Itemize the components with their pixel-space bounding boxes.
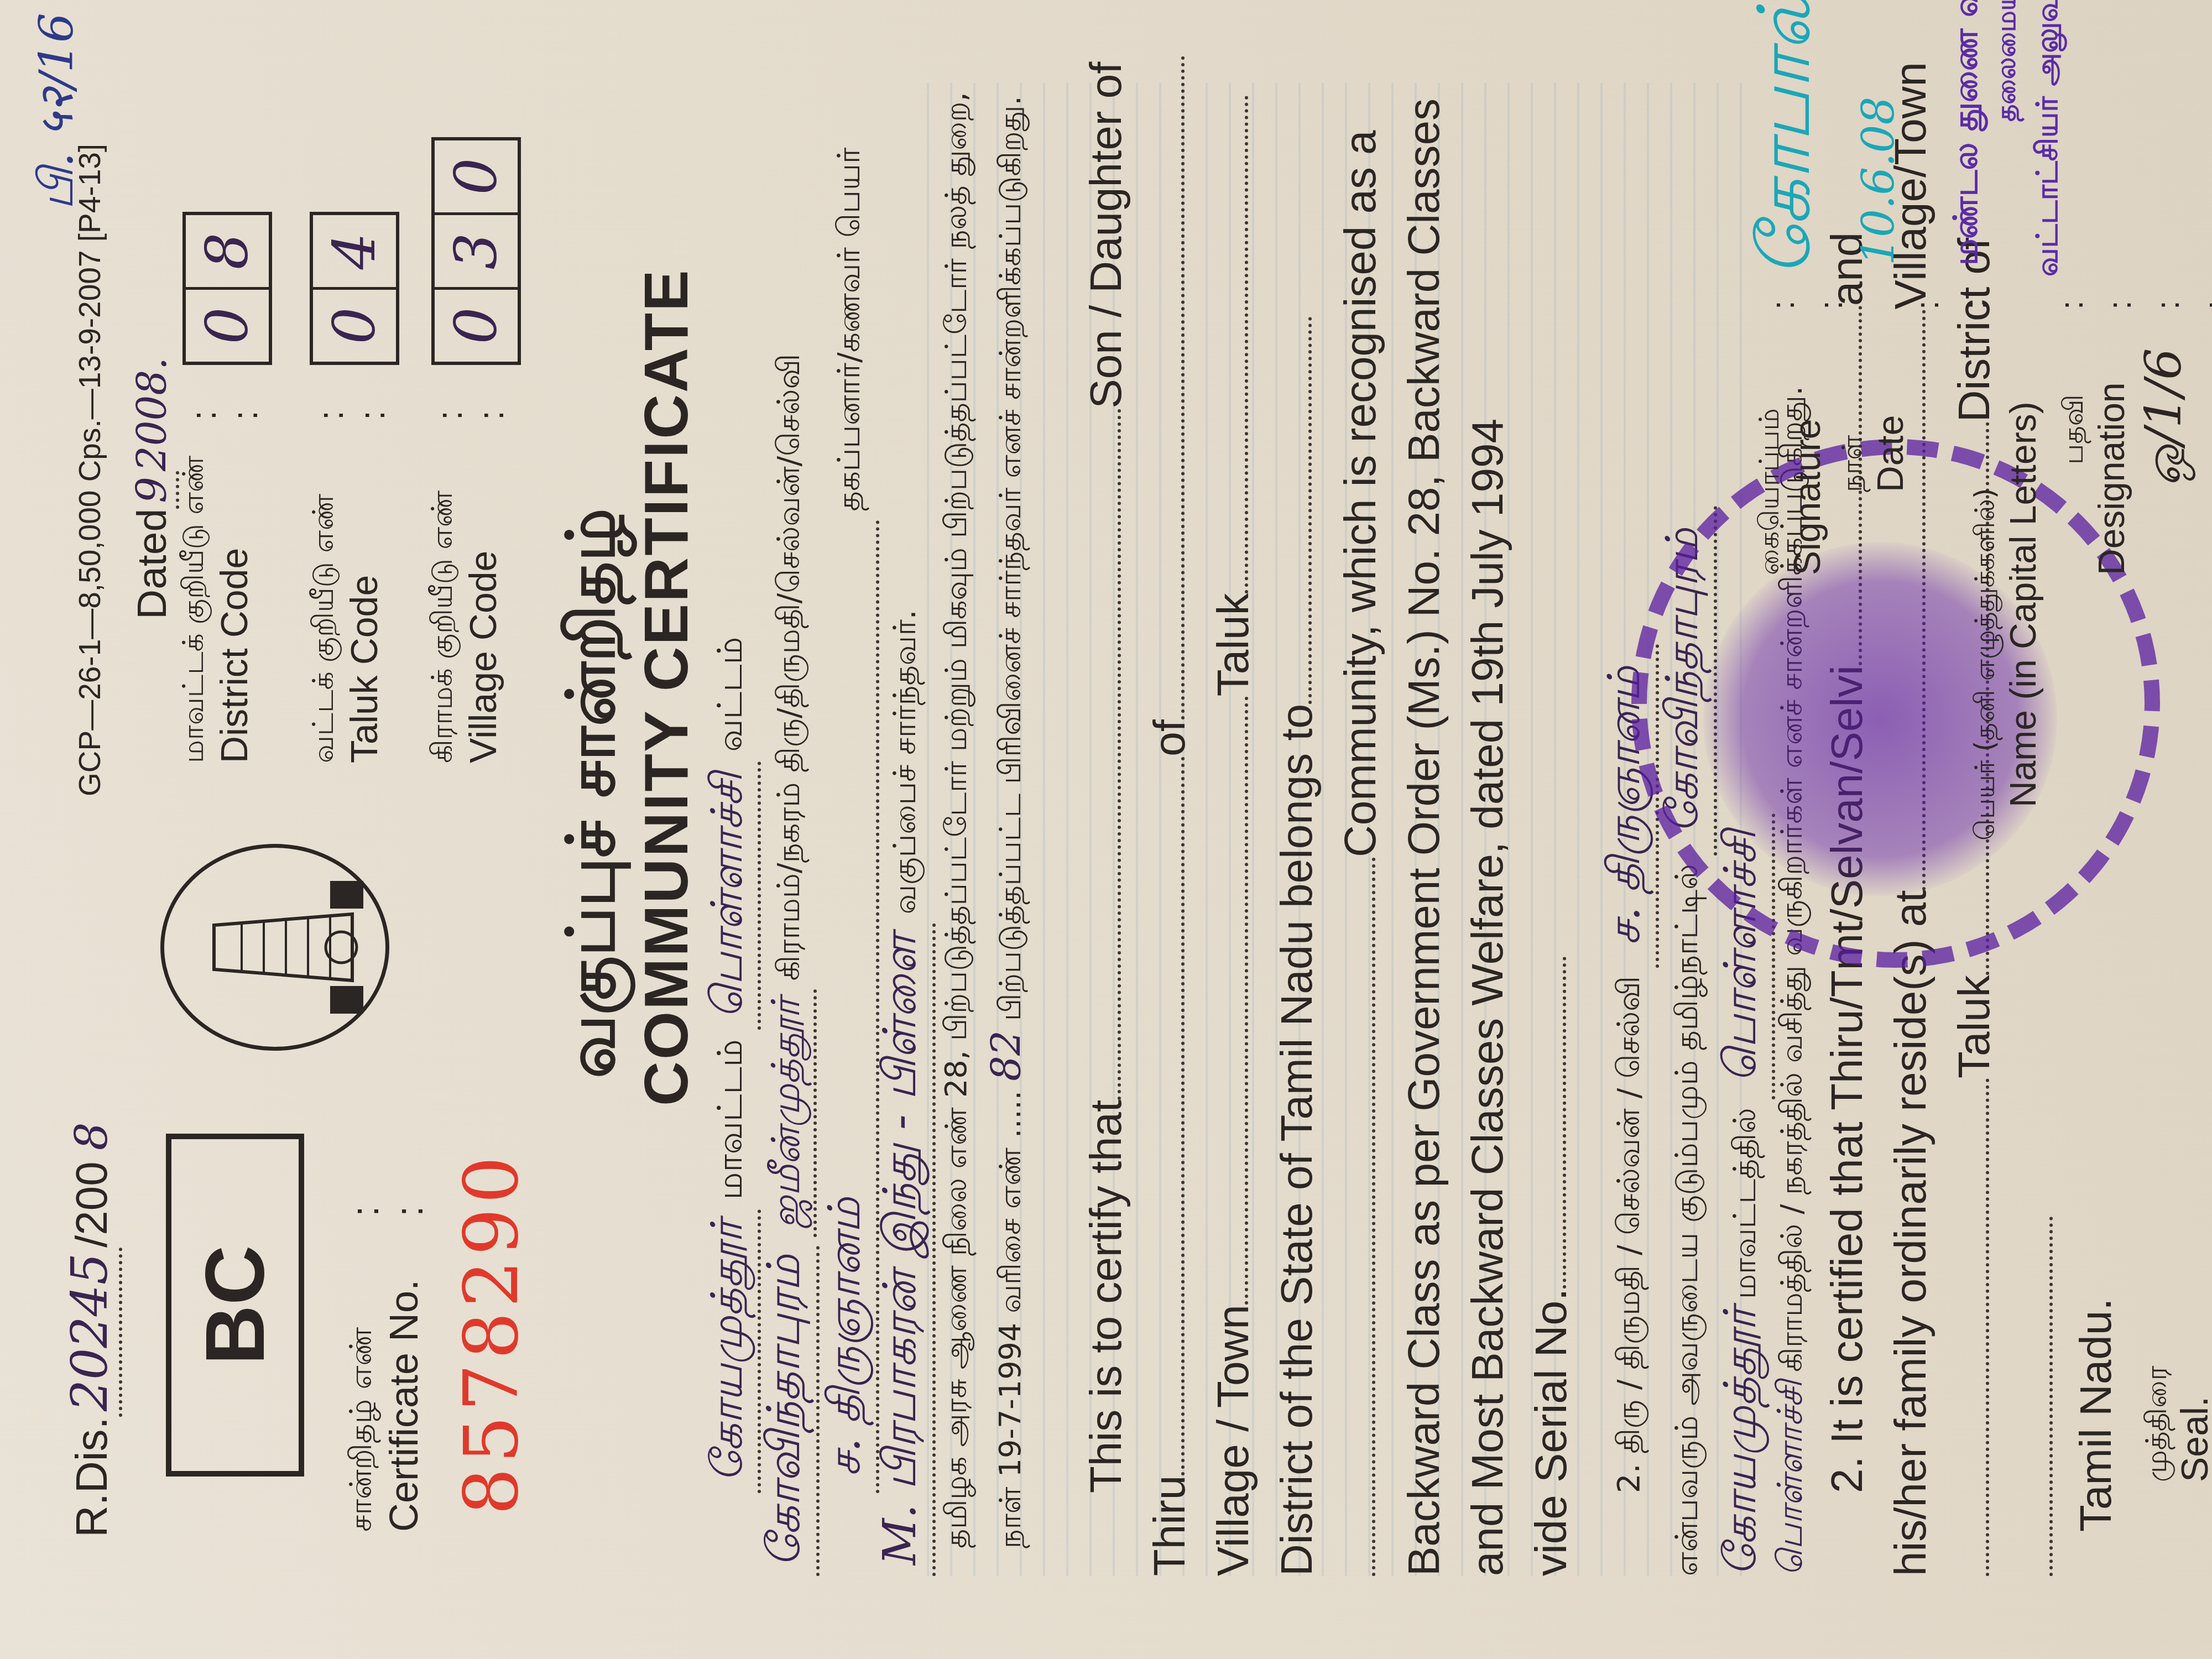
taluk-label: Taluk: [1208, 593, 1258, 697]
district-code-label: District Code: [213, 548, 256, 763]
resident-taluk-margin-hand: பொள்ளாச்சி: [1770, 1380, 1810, 1576]
holder-name-hand: ச. திருஞானம்: [818, 520, 879, 1493]
taluk-code-label: Taluk Code: [343, 575, 386, 763]
english-line-2: Thiruof: [1147, 56, 1192, 1576]
officer-signature: கோபால்: [1742, 0, 1836, 276]
district-code-box: 0 8: [182, 212, 272, 365]
seal-label: Seal.: [2173, 1396, 2212, 1482]
certification-clause-tamil: பிற்படுத்தப்பட்ட பிரிவினைச் சார்ந்தவர் எ…: [993, 96, 1027, 1021]
signature-label-tamil: கையொப்பம்: [1753, 408, 1789, 575]
english-line-7: and Most Backward Classes Welfare, dated…: [1465, 419, 1510, 1576]
district-label: மாவட்டம்: [709, 1039, 750, 1199]
corner-handwritten-note: பி. ५२/16: [22, 13, 90, 210]
resident-district-hand: கோயமுத்தூர்: [1714, 1308, 1766, 1576]
taluk-label: வட்டம்: [709, 637, 750, 752]
colon: ::: [182, 410, 265, 420]
seal-label-tamil: முத்திரை: [2140, 1366, 2177, 1482]
serial-no-hand: 82: [983, 1030, 1030, 1081]
tamil-line-4: M. பிரபாகரன் இந்து - பிள்ளை வகுப்பைச் சா…: [874, 609, 936, 1576]
taluk-code-digit: 4: [313, 215, 396, 287]
colon: ::: [429, 410, 512, 420]
name-label: Name (in Capital Letters): [2002, 401, 2044, 807]
colon: ::: [310, 410, 393, 420]
of-label: of: [1145, 719, 1194, 757]
honorific-options: கிராமம்/நகரம் திரு/திருமதி/செல்வன்/செல்வ…: [771, 354, 807, 980]
colon: ::: [343, 1206, 431, 1217]
go-reference-english: Backward Class as per Government Order (…: [1399, 98, 1448, 1576]
temple-gopuram-icon: [164, 848, 385, 1047]
dated-year: 2008.: [129, 357, 175, 471]
english-line-5: Community, which is recognised as a: [1338, 130, 1383, 1576]
date-label-tamil: நாள்: [1836, 435, 1872, 492]
signature-label: Signature: [1786, 419, 1828, 575]
village-code-digit: 3: [435, 212, 518, 287]
family-resides-tamil: என்பவரும் அவருடைய குடும்பமும் தமிழ்நாட்ட…: [1669, 864, 1705, 1576]
category-badge: BC: [166, 1134, 304, 1477]
designation-label-tamil: பதவி: [2057, 394, 2093, 465]
son-daughter-of: Son / Daughter of: [1081, 62, 1130, 409]
rdis-line: R.Dis.20245/2008: [61, 1122, 122, 1537]
rdis-number: 20245: [61, 1253, 119, 1411]
signature-date: 10.6.08: [1853, 97, 1904, 265]
tamil-line-3: ச. திருஞானம் தகப்பனார்/கணவர் பெயர்: [818, 148, 879, 1493]
village-code-label-tamil: கிராமக் குறியீடு எண்: [426, 491, 463, 763]
community-recognised-text: Community, which is recognised as a: [1335, 130, 1385, 857]
title-tamil: வகுப்புச் சான்றிதழ்: [553, 508, 639, 1078]
english-line-3: Village / TownTaluk: [1211, 96, 1255, 1576]
print-reference: GCP—26-1—8,50,000 Cps.—13-9-2007 [P4-13]: [72, 144, 107, 796]
tamil-line-1: கோயமுத்தூர் மாவட்டம் பொள்ளாச்சி வட்டம்: [702, 637, 761, 1493]
title-english: COMMUNITY CERTIFICATE: [630, 268, 702, 1106]
tamil-nadu-text: Tamil Nadu.: [2074, 1298, 2118, 1532]
rdis-year-suffix: 8: [66, 1122, 117, 1150]
village-code-label: Village Code: [462, 551, 505, 763]
certificate-number: 8578290: [448, 1152, 535, 1515]
designation-label: Designation: [2090, 382, 2132, 575]
rdis-year-prefix: /200: [67, 1161, 116, 1248]
english-line-1: This is to certify thatSon / Daughter of: [1084, 62, 1128, 1493]
taluk-code-box: 0 4: [310, 212, 399, 365]
welfare-dated-text: and Most Backward Classes Welfare, dated…: [1463, 419, 1512, 1576]
village-code-digit: 0: [435, 140, 518, 212]
initials-handwritten: ஒ/1/6: [2135, 348, 2199, 487]
district-code-label-tamil: மாவட்டக் குறியீடு எண்: [177, 456, 214, 763]
taluk-code-digit: 0: [313, 287, 396, 362]
date-label: Date: [1869, 415, 1911, 492]
village-code-digit: 0: [435, 287, 518, 362]
certificate-page: R.Dis.20245/2008 GCP—26-1—8,50,000 Cps.—…: [0, 0, 2212, 1659]
father-name-label: தகப்பனார்/கணவர் பெயர்: [831, 148, 867, 512]
taluk-label-2: Taluk: [1949, 975, 1999, 1078]
tamil-line-5: தமிழக அரசு ஆணை நிலை எண் 28, பிற்படுத்தப்…: [935, 83, 1036, 1548]
certificate-no-label: Certificate No.: [382, 1280, 427, 1532]
father-name-community-hand: M. பிரபாகரன் இந்து - பிள்ளை: [874, 923, 936, 1576]
dated-label: Dated: [128, 509, 175, 619]
honorific-options-2: 2. திரு / திருமதி / செல்வன் / செல்வி: [1611, 976, 1647, 1493]
tamil-nadu-emblem: [160, 844, 389, 1051]
community-suffix: வகுப்பைச் சார்ந்தவர்.: [887, 609, 923, 914]
field-colons: ::::::::: [1759, 300, 2212, 310]
serial-no-label: vide Serial No.: [1526, 1288, 1575, 1576]
dated-day: 9: [127, 477, 176, 503]
dated-line: Dated92008.: [127, 357, 179, 619]
village-alt-name-hand: ஜமீன்முத்தூர்: [763, 989, 817, 1237]
district-state-text: District of the State of Tamil Nadu belo…: [1272, 704, 1321, 1576]
village-code-box: 0 3 0: [431, 137, 521, 365]
officer-stamp-line-2: தலைமையிடத்து: [1991, 0, 2025, 122]
district-label-2: மாவட்டத்தில்: [1727, 1108, 1763, 1299]
rdis-label: R.Dis.: [67, 1417, 116, 1537]
name-label-tamil: பெயர் (தனி எழுத்துக்களில்): [1969, 488, 2005, 841]
district-code-digit: 0: [186, 287, 269, 362]
english-line-8: vide Serial No.: [1529, 957, 1573, 1576]
district-name-hand: கோயமுத்தூர்: [702, 1209, 761, 1493]
officer-stamp-line-1: மண்டல துணை வட்டாட்சியர்: [1947, 0, 1990, 265]
taluk-name-hand: பொள்ளாச்சி: [702, 761, 761, 1030]
thiru-label: Thiru: [1145, 1475, 1194, 1576]
english-2-line-4: [2016, 1217, 2060, 1576]
certify-text: This is to certify that: [1081, 1100, 1130, 1493]
tamil-line-2: கோவிந்தாபுரம் ஜமீன்முத்தூர் கிராமம்/நகரம…: [758, 354, 820, 1576]
officer-stamp-line-3: வட்டாட்சியர் அலுவலகம், பொள்ளாச்சி: [2030, 0, 2069, 276]
certificate-no-label-tamil: சான்றிதழ் எண்: [343, 1327, 383, 1532]
category-label: BC: [187, 1245, 283, 1365]
taluk-code-label-tamil: வட்டக் குறியீடு எண்: [307, 494, 344, 763]
reside-at-text: his/her family ordinarily reside(s) at: [1886, 890, 1935, 1576]
english-line-4: District of the State of Tamil Nadu belo…: [1275, 317, 1319, 1576]
english-line-6: Backward Class as per Government Order (…: [1402, 98, 1446, 1576]
village-name-hand: கோவிந்தாபுரம்: [758, 1246, 820, 1576]
district-code-digit: 8: [186, 215, 269, 287]
village-town-label: Village / Town: [1208, 1305, 1258, 1576]
